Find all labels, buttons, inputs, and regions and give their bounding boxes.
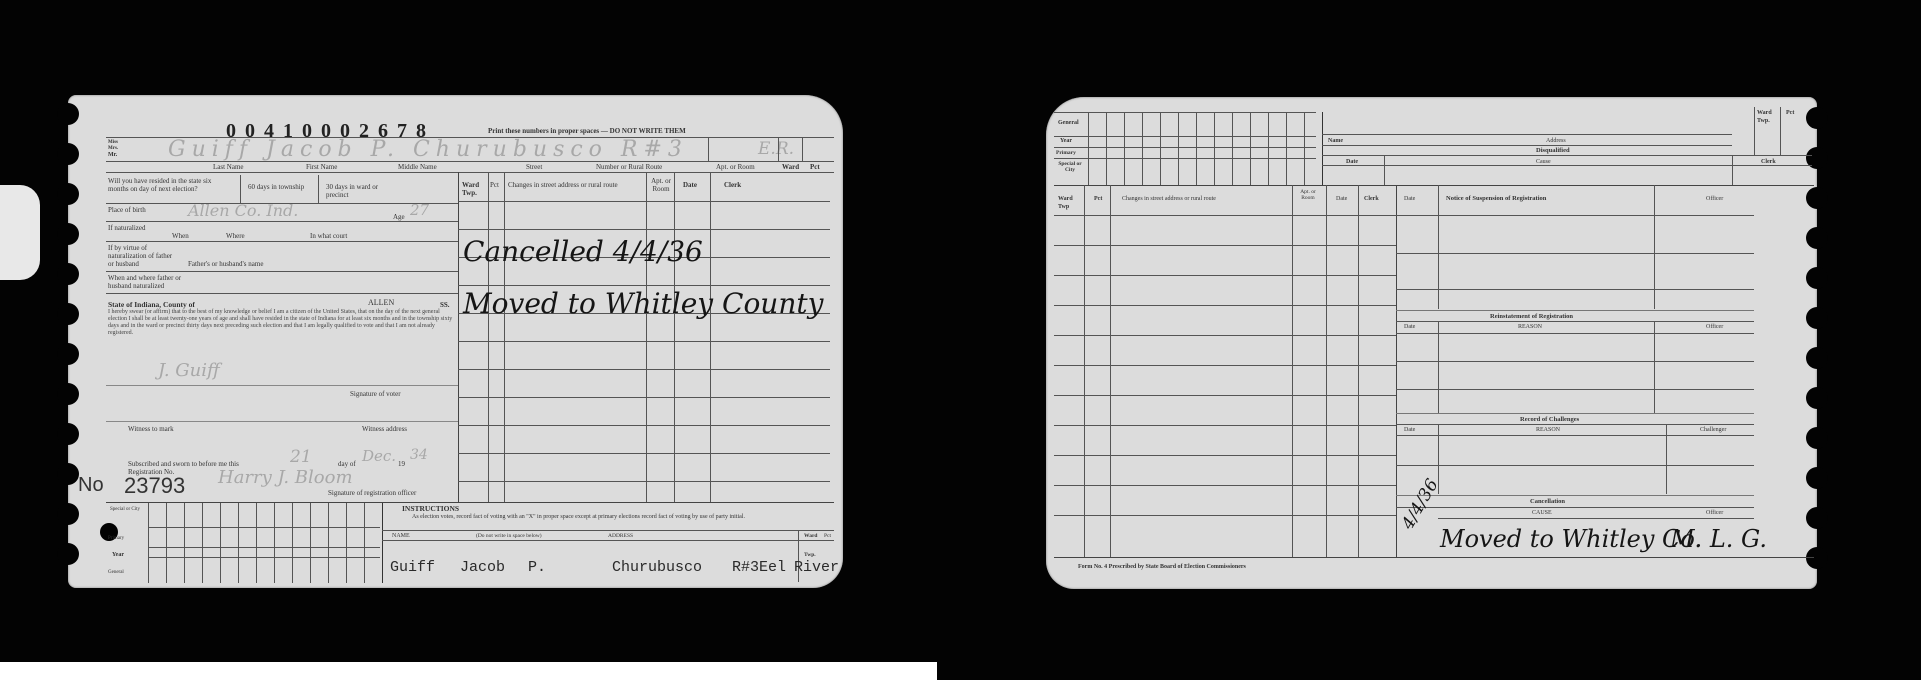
rule <box>1438 185 1439 309</box>
rule <box>106 502 834 503</box>
rule <box>1054 365 1396 366</box>
registration-prefix: No <box>78 474 104 497</box>
reinstatement-date-label: Date <box>1404 323 1415 331</box>
cancellation-title: Cancellation <box>1530 498 1565 506</box>
strip-label-pct: Pct <box>824 532 831 540</box>
disq-address-label: Address <box>1546 137 1566 145</box>
col-pct: Pct <box>490 181 499 189</box>
rule <box>1396 215 1754 216</box>
rule <box>458 453 830 454</box>
ss-label: SS. <box>440 301 450 309</box>
ward-twp-label: Ward Twp. <box>1757 109 1779 125</box>
typed-city: Churubusco <box>612 559 702 576</box>
punch-hole <box>57 383 79 405</box>
rule <box>458 425 830 426</box>
rule <box>1438 321 1439 413</box>
registrar-signature-label: Signature of registration officer <box>328 489 416 497</box>
punch-hole <box>1806 347 1828 369</box>
rule <box>1054 395 1396 396</box>
grid-row-year: Year <box>1060 137 1072 145</box>
col-date: Date <box>1336 195 1347 203</box>
col-ward-twp: Ward Twp <box>1058 195 1080 211</box>
strip-label-name: NAME <box>392 532 410 540</box>
rule <box>1322 112 1323 185</box>
father-naturalization-label: If by virtue of naturalization of father… <box>108 244 178 268</box>
residency-question: Will you have resided in the state six m… <box>108 177 218 193</box>
label-apt-room: Apt. or Room <box>716 163 755 171</box>
rule <box>1754 107 1755 155</box>
typed-township: River <box>794 559 839 576</box>
rule <box>1396 310 1754 311</box>
grid-row-general: General <box>1058 119 1079 127</box>
reinstatement-title: Reinstatement of Registration <box>1490 313 1573 321</box>
punch-hole <box>1806 187 1828 209</box>
rule <box>238 503 239 583</box>
punch-hole <box>57 423 79 445</box>
rule <box>1304 112 1305 185</box>
rule <box>1732 155 1733 185</box>
state-county-label: State of Indiana, County of <box>108 301 195 309</box>
rule <box>1054 485 1396 486</box>
rule <box>1322 155 1812 156</box>
cancel-note: Cancelled 4/4/36 <box>463 235 703 268</box>
rule <box>1396 413 1754 414</box>
grid-row-special: Special or City <box>1056 161 1084 173</box>
father-name-label: Father's or husband's name <box>188 260 263 268</box>
rule <box>1396 253 1754 254</box>
rule <box>382 530 834 531</box>
rule <box>1438 518 1754 519</box>
punch-hole <box>57 183 79 205</box>
place-of-birth-value: Allen Co. Ind. <box>188 201 298 220</box>
residency-ward: 30 days in ward or precinct <box>326 183 386 199</box>
rule <box>1396 321 1754 322</box>
moved-note: Moved to Whitley County <box>463 287 823 320</box>
paper-tab-edge <box>0 185 40 280</box>
cancellation-officer: M. L. G. <box>1670 525 1767 553</box>
rule <box>802 137 803 162</box>
rule <box>1396 465 1754 466</box>
rule <box>1232 112 1233 185</box>
rule <box>1054 215 1396 216</box>
rule <box>310 503 311 583</box>
rule <box>1396 361 1754 362</box>
rule <box>318 175 319 203</box>
label-number-route: Number or Rural Route <box>596 163 662 171</box>
rule <box>1088 112 1089 185</box>
col-changes: Changes in street address or rural route <box>508 181 618 189</box>
rule <box>1142 112 1143 185</box>
rule <box>1322 165 1812 166</box>
instructions-title: INSTRUCTIONS <box>402 505 459 513</box>
rule <box>106 172 834 173</box>
residency-township: 60 days in township <box>248 183 308 191</box>
punch-hole <box>57 543 79 565</box>
rule <box>346 503 347 583</box>
suspension-officer-label: Officer <box>1706 195 1723 203</box>
rule <box>1654 185 1655 309</box>
rule <box>1054 515 1396 516</box>
naturalized-where: Where <box>226 232 245 240</box>
rule <box>1654 321 1655 413</box>
punch-hole <box>57 503 79 525</box>
punch-hole <box>57 103 79 125</box>
subscribed-day: 21 <box>290 447 312 467</box>
punch-hole <box>1806 307 1828 329</box>
rule <box>202 503 203 583</box>
rule <box>106 293 458 294</box>
registrar-signature: Harry J. Bloom <box>218 467 353 488</box>
strip-label-ward: Ward <box>804 532 817 540</box>
punch-hole <box>1806 427 1828 449</box>
naturalized-court: In what court <box>310 232 347 240</box>
rule <box>1054 275 1396 276</box>
grid-row-year: Year <box>112 551 124 559</box>
salutation-mr: Mr. <box>108 152 117 158</box>
typed-route: R#3Eel <box>732 559 786 576</box>
challenges-date-label: Date <box>1404 426 1415 434</box>
subscribed-month: Dec. <box>362 447 396 465</box>
witness-label: Witness to mark <box>128 425 174 433</box>
typed-last-name: Guiff <box>390 559 435 576</box>
rule <box>1396 333 1754 334</box>
rule <box>106 221 458 222</box>
rule <box>1054 557 1814 558</box>
voter-signature-label: Signature of voter <box>350 390 401 398</box>
reinstatement-officer-label: Officer <box>1706 323 1723 331</box>
pct-label: Pct <box>1786 109 1794 117</box>
label-ward: Ward <box>782 163 799 171</box>
punch-hole <box>57 343 79 365</box>
rule <box>106 241 458 242</box>
cancellation-cause-label: CAUSE <box>1532 509 1552 517</box>
rule <box>458 229 830 230</box>
rule <box>220 503 221 583</box>
rule <box>1396 389 1754 390</box>
rule <box>1054 185 1814 186</box>
reinstatement-reason-label: REASON <box>1518 323 1542 331</box>
oath-text: I hereby swear (or affirm) that to the b… <box>108 309 453 337</box>
naturalized-label: If naturalized <box>108 224 158 232</box>
cancellation-date: 4/4/36 <box>1398 476 1443 533</box>
challenges-reason-label: REASON <box>1536 426 1560 434</box>
rule <box>1286 112 1287 185</box>
punch-hole <box>57 223 79 245</box>
rule <box>1054 158 1316 159</box>
punch-hole <box>1806 467 1828 489</box>
rule <box>1054 455 1396 456</box>
punch-hole <box>57 263 79 285</box>
punch-hole <box>57 303 79 325</box>
rule <box>1268 112 1269 185</box>
instructions-text: As election votes, record fact of voting… <box>412 514 812 521</box>
label-last-name: Last Name <box>213 163 244 171</box>
form-footer: Form No. 4 Prescribed by State Board of … <box>1078 563 1246 571</box>
grid-row-general: General <box>108 569 124 577</box>
rule <box>1110 185 1111 557</box>
rule <box>458 397 830 398</box>
age-label: Age <box>393 213 405 221</box>
rule <box>1160 112 1161 185</box>
col-apt-room: Apt. or Room <box>1296 189 1320 201</box>
rule <box>1292 185 1293 557</box>
rule <box>1084 185 1085 557</box>
rule <box>292 503 293 583</box>
rule <box>1054 147 1316 148</box>
rule <box>240 175 241 203</box>
white-margin <box>0 662 937 680</box>
rule <box>382 503 383 583</box>
rule <box>256 503 257 583</box>
suspension-title: Notice of Suspension of Registration <box>1446 195 1546 203</box>
rule <box>1054 335 1396 336</box>
header-instruction: Print these numbers in proper spaces — D… <box>488 127 686 135</box>
rule <box>106 271 458 272</box>
rule <box>328 503 329 583</box>
cancellation-cause: Moved to Whitley Co. <box>1440 525 1702 553</box>
rule <box>1054 425 1396 426</box>
disq-name-label: Name <box>1328 137 1343 145</box>
col-date: Date <box>683 181 697 189</box>
rule <box>1396 507 1754 508</box>
age-value: 27 <box>410 201 429 219</box>
rule <box>364 503 365 583</box>
rule <box>106 385 458 386</box>
rule <box>778 137 779 162</box>
punch-hole <box>1806 507 1828 529</box>
rule <box>1106 112 1107 185</box>
cancellation-officer-label: Officer <box>1706 509 1723 517</box>
rule <box>1322 134 1732 135</box>
rule <box>184 503 185 583</box>
label-street: Street <box>526 163 542 171</box>
registration-card-back: General Year 47484950515253545556575859 … <box>1046 97 1817 589</box>
name-handwritten: Guiff Jacob P. Churubusco R#3 <box>168 137 688 162</box>
rule <box>1178 112 1179 185</box>
rule <box>458 341 830 342</box>
rule <box>148 503 149 583</box>
col-clerk: Clerk <box>724 181 741 189</box>
rule <box>1196 112 1197 185</box>
rule <box>1666 424 1667 494</box>
voter-signature: J. Guiff <box>158 360 220 381</box>
col-ward-twp: Ward Twp. <box>462 181 486 197</box>
rule <box>166 503 167 583</box>
rule <box>1124 112 1125 185</box>
rule <box>274 503 275 583</box>
label-first-name: First Name <box>306 163 337 171</box>
challenges-title: Record of Challenges <box>1520 416 1579 424</box>
rule <box>1054 112 1316 113</box>
rule <box>106 161 834 162</box>
county-value: ALLEN <box>368 299 394 307</box>
col-apt-room: Apt. or Room <box>650 177 672 193</box>
punch-hole <box>57 463 79 485</box>
typed-middle-initial: P. <box>528 559 546 576</box>
punch-hole <box>1806 227 1828 249</box>
father-when-where: When and where father or husband natural… <box>108 274 188 290</box>
punch-hole <box>1806 267 1828 289</box>
registration-number: 23793 <box>124 473 185 499</box>
strip-label-twp: Twp. <box>804 551 816 559</box>
grid-row-special: Special or City <box>110 507 140 513</box>
rule <box>458 481 830 482</box>
rule <box>1322 145 1732 146</box>
rule <box>106 421 458 422</box>
col-clerk: Clerk <box>1364 195 1379 203</box>
rule <box>1214 112 1215 185</box>
subscribed-year: 34 <box>410 447 428 463</box>
strip-label-address: ADDRESS <box>608 532 633 540</box>
typed-first-name: Jacob <box>460 559 505 576</box>
rule <box>1396 185 1397 557</box>
rule <box>1358 185 1359 557</box>
rule <box>1250 112 1251 185</box>
punch-hole <box>1806 547 1828 569</box>
ward-value: E.R. <box>758 139 794 159</box>
strip-label-note: (Do not write in space below) <box>476 532 542 540</box>
suspension-date-label: Date <box>1404 195 1415 203</box>
col-changes: Changes in street address or rural route <box>1122 195 1216 203</box>
rule <box>1384 155 1385 185</box>
label-pct: Pct <box>810 163 820 171</box>
rule <box>1396 424 1754 425</box>
witness-address-label: Witness address <box>362 425 407 433</box>
place-of-birth-label: Place of birth <box>108 206 148 214</box>
punch-hole <box>1806 107 1828 129</box>
rule <box>1780 107 1781 155</box>
subscribed-year-prefix: 19 <box>398 460 405 468</box>
grid-row-primary: Primary <box>108 535 124 543</box>
rule <box>458 369 830 370</box>
rule <box>1054 305 1396 306</box>
label-middle-name: Middle Name <box>398 163 437 171</box>
punch-hole <box>57 143 79 165</box>
rule <box>1054 245 1396 246</box>
grid-row-primary: Primary <box>1056 149 1076 157</box>
challenges-challenger-label: Challenger <box>1700 426 1726 434</box>
rule <box>1396 435 1754 436</box>
rule <box>382 540 834 541</box>
rule <box>458 201 830 202</box>
rule <box>458 285 830 286</box>
rule <box>1326 185 1327 557</box>
rule <box>1396 495 1754 496</box>
rule <box>708 137 709 162</box>
naturalized-when: When <box>172 232 189 240</box>
rule <box>1396 289 1754 290</box>
col-pct: Pct <box>1094 195 1102 203</box>
punch-hole <box>1806 387 1828 409</box>
disqualified-title: Disqualified <box>1536 147 1570 155</box>
registration-card-front: 0 0 4 1 0 0 0 2 6 7 8 Print these number… <box>68 95 843 588</box>
